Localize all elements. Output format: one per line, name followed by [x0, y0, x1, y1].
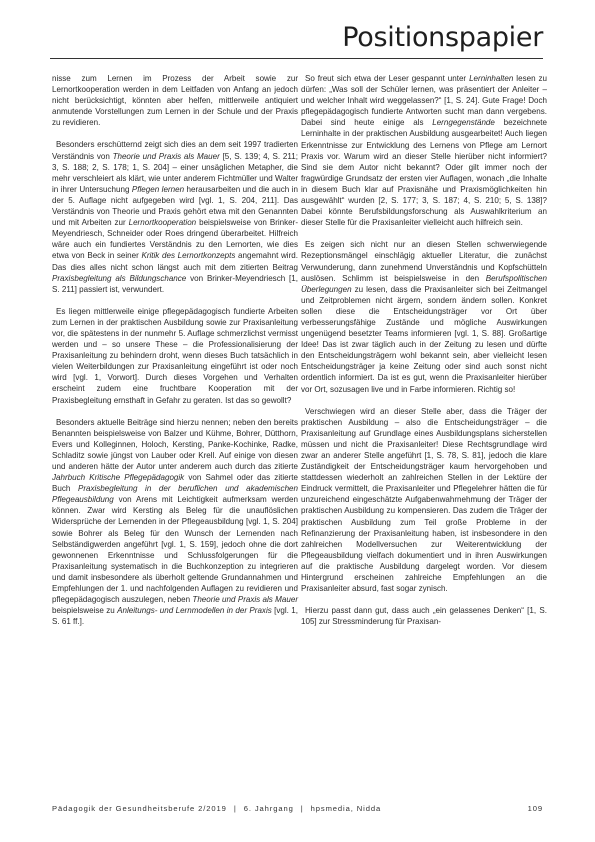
publisher: hpsmedia, Nidda: [311, 804, 382, 813]
text: Besonders aktuelle Beiträge sind hierzu …: [52, 418, 298, 471]
paragraph: nisse zum Lernen im Prozess der Arbeit s…: [52, 73, 298, 128]
text: von Arens mit Leichtigkeit aufmerksam we…: [52, 495, 298, 604]
paragraph: So freut sich etwa der Leser gespannt un…: [301, 73, 547, 228]
page-footer: Pädagogik der Gesundheitsberufe 2/2019 |…: [52, 804, 543, 813]
paragraph: Verschwiegen wird an dieser Stelle aber,…: [301, 406, 547, 595]
italic-title: Theorie und Praxis als Mauer: [113, 152, 220, 161]
paragraph: Es zeigen sich nicht nur an diesen Stell…: [301, 239, 547, 394]
page-title: Positionspapier: [342, 22, 543, 53]
paragraph: Besonders aktuelle Beiträge sind hierzu …: [52, 417, 298, 628]
italic-title: Theorie und Praxis als Mauer: [192, 595, 298, 604]
italic-title: Praxisbegleitung als Bildungschance: [52, 274, 186, 283]
left-column: nisse zum Lernen im Prozess der Arbeit s…: [52, 73, 298, 638]
page-number: 109: [528, 804, 543, 813]
paragraph: Hierzu passt dann gut, dass auch „ein ge…: [301, 605, 547, 627]
paragraph: Es liegen mittlerweile einige pflegepäda…: [52, 306, 298, 406]
italic-title: Pflegen lernen: [132, 185, 184, 194]
text: So freut sich etwa der Leser gespannt un…: [305, 74, 469, 83]
footer-separator: |: [301, 804, 304, 813]
italic-title: Lernortkooperation: [129, 218, 197, 227]
italic-term: Lerninhalten: [469, 74, 513, 83]
text: bezeichnete Lerninhalte in der praktisch…: [301, 118, 547, 227]
header-divider: [50, 58, 543, 59]
italic-title: Anleitungs- und Lernmodellen in der Prax…: [117, 606, 272, 615]
italic-title: Kritik des Lernortkonzepts: [141, 251, 235, 260]
italic-title: Jahrbuch Kritische Pflegepädagogik: [52, 473, 184, 482]
volume: 6. Jahrgang: [244, 804, 294, 813]
text: beispielsweise zu: [52, 606, 117, 615]
right-column: So freut sich etwa der Leser gespannt un…: [301, 73, 547, 638]
paragraph: Besonders erschütternd zeigt sich dies a…: [52, 139, 298, 294]
footer-separator: |: [234, 804, 237, 813]
journal-name: Pädagogik der Gesundheitsberufe 2/2019: [52, 804, 227, 813]
text: zu lesen, dass die Praxisanleiter sich b…: [301, 285, 547, 394]
italic-term: Lerngegenstände: [432, 118, 495, 127]
footer-citation: Pädagogik der Gesundheitsberufe 2/2019 |…: [52, 804, 381, 813]
